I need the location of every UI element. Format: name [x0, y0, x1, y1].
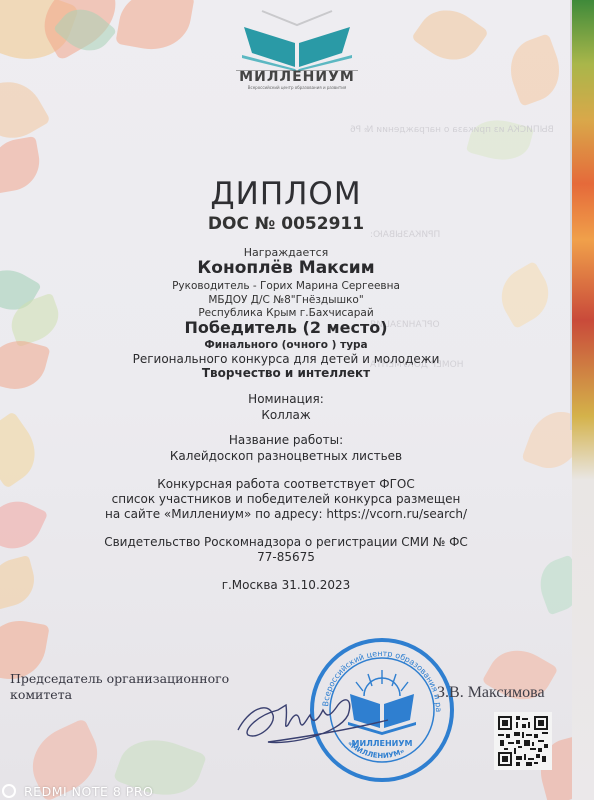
- underlying-page-strip: [572, 0, 594, 800]
- open-book-icon: [222, 5, 372, 71]
- diploma-title: ДИПЛОМ: [0, 176, 572, 212]
- smi-number: 77-85675: [0, 550, 572, 564]
- smi-registration: Свидетельство Роскомнадзора о регистраци…: [0, 535, 572, 549]
- camera-lens-icon: [2, 784, 16, 798]
- city-date: г.Москва 31.10.2023: [0, 578, 572, 592]
- handwritten-signature-icon: [228, 680, 398, 750]
- round: Финального (очного ) тура: [0, 339, 572, 351]
- fgos-line-url: на сайте «Миллениум» по адресу: https://…: [0, 507, 572, 521]
- logo-subtitle: Всероссийский центр образования и развит…: [222, 85, 372, 90]
- work-title-label: Название работы:: [0, 433, 572, 447]
- qr-code-icon[interactable]: [494, 712, 552, 770]
- document-number: DOC № 0052911: [0, 214, 572, 234]
- fgos-line: список участников и победителей конкурса…: [0, 492, 572, 506]
- supervisor: Руководитель - Горих Марина Сергеевна: [0, 280, 572, 292]
- work-title: Калейдоскоп разноцветных листьев: [0, 449, 572, 463]
- logo-name: МИЛЛЕНИУМ: [222, 69, 372, 85]
- place-result: Победитель (2 место): [0, 318, 572, 337]
- chair-title: Председатель организационного комитета: [10, 671, 229, 703]
- camera-watermark: REDMI NOTE 8 PRO: [2, 784, 153, 799]
- nomination-label: Номинация:: [0, 392, 572, 406]
- recipient-name: Коноплёв Максим: [0, 258, 572, 278]
- institution: МБДОУ Д/С №8"Гнёздышко": [0, 294, 572, 306]
- contest-name: Творчество и интеллект: [0, 366, 572, 380]
- signer-name: З.В. Максимова: [437, 684, 545, 702]
- millenium-logo: МИЛЛЕНИУМ Всероссийский центр образовани…: [222, 5, 372, 95]
- diploma-photo: ВЫПИСКА из приказа о награждении № Р6 ПР…: [0, 0, 594, 800]
- contest: Регионального конкурса для детей и молод…: [0, 352, 572, 366]
- fgos-line: Конкурсная работа соответствует ФГОС: [0, 477, 572, 491]
- nomination-value: Коллаж: [0, 408, 572, 422]
